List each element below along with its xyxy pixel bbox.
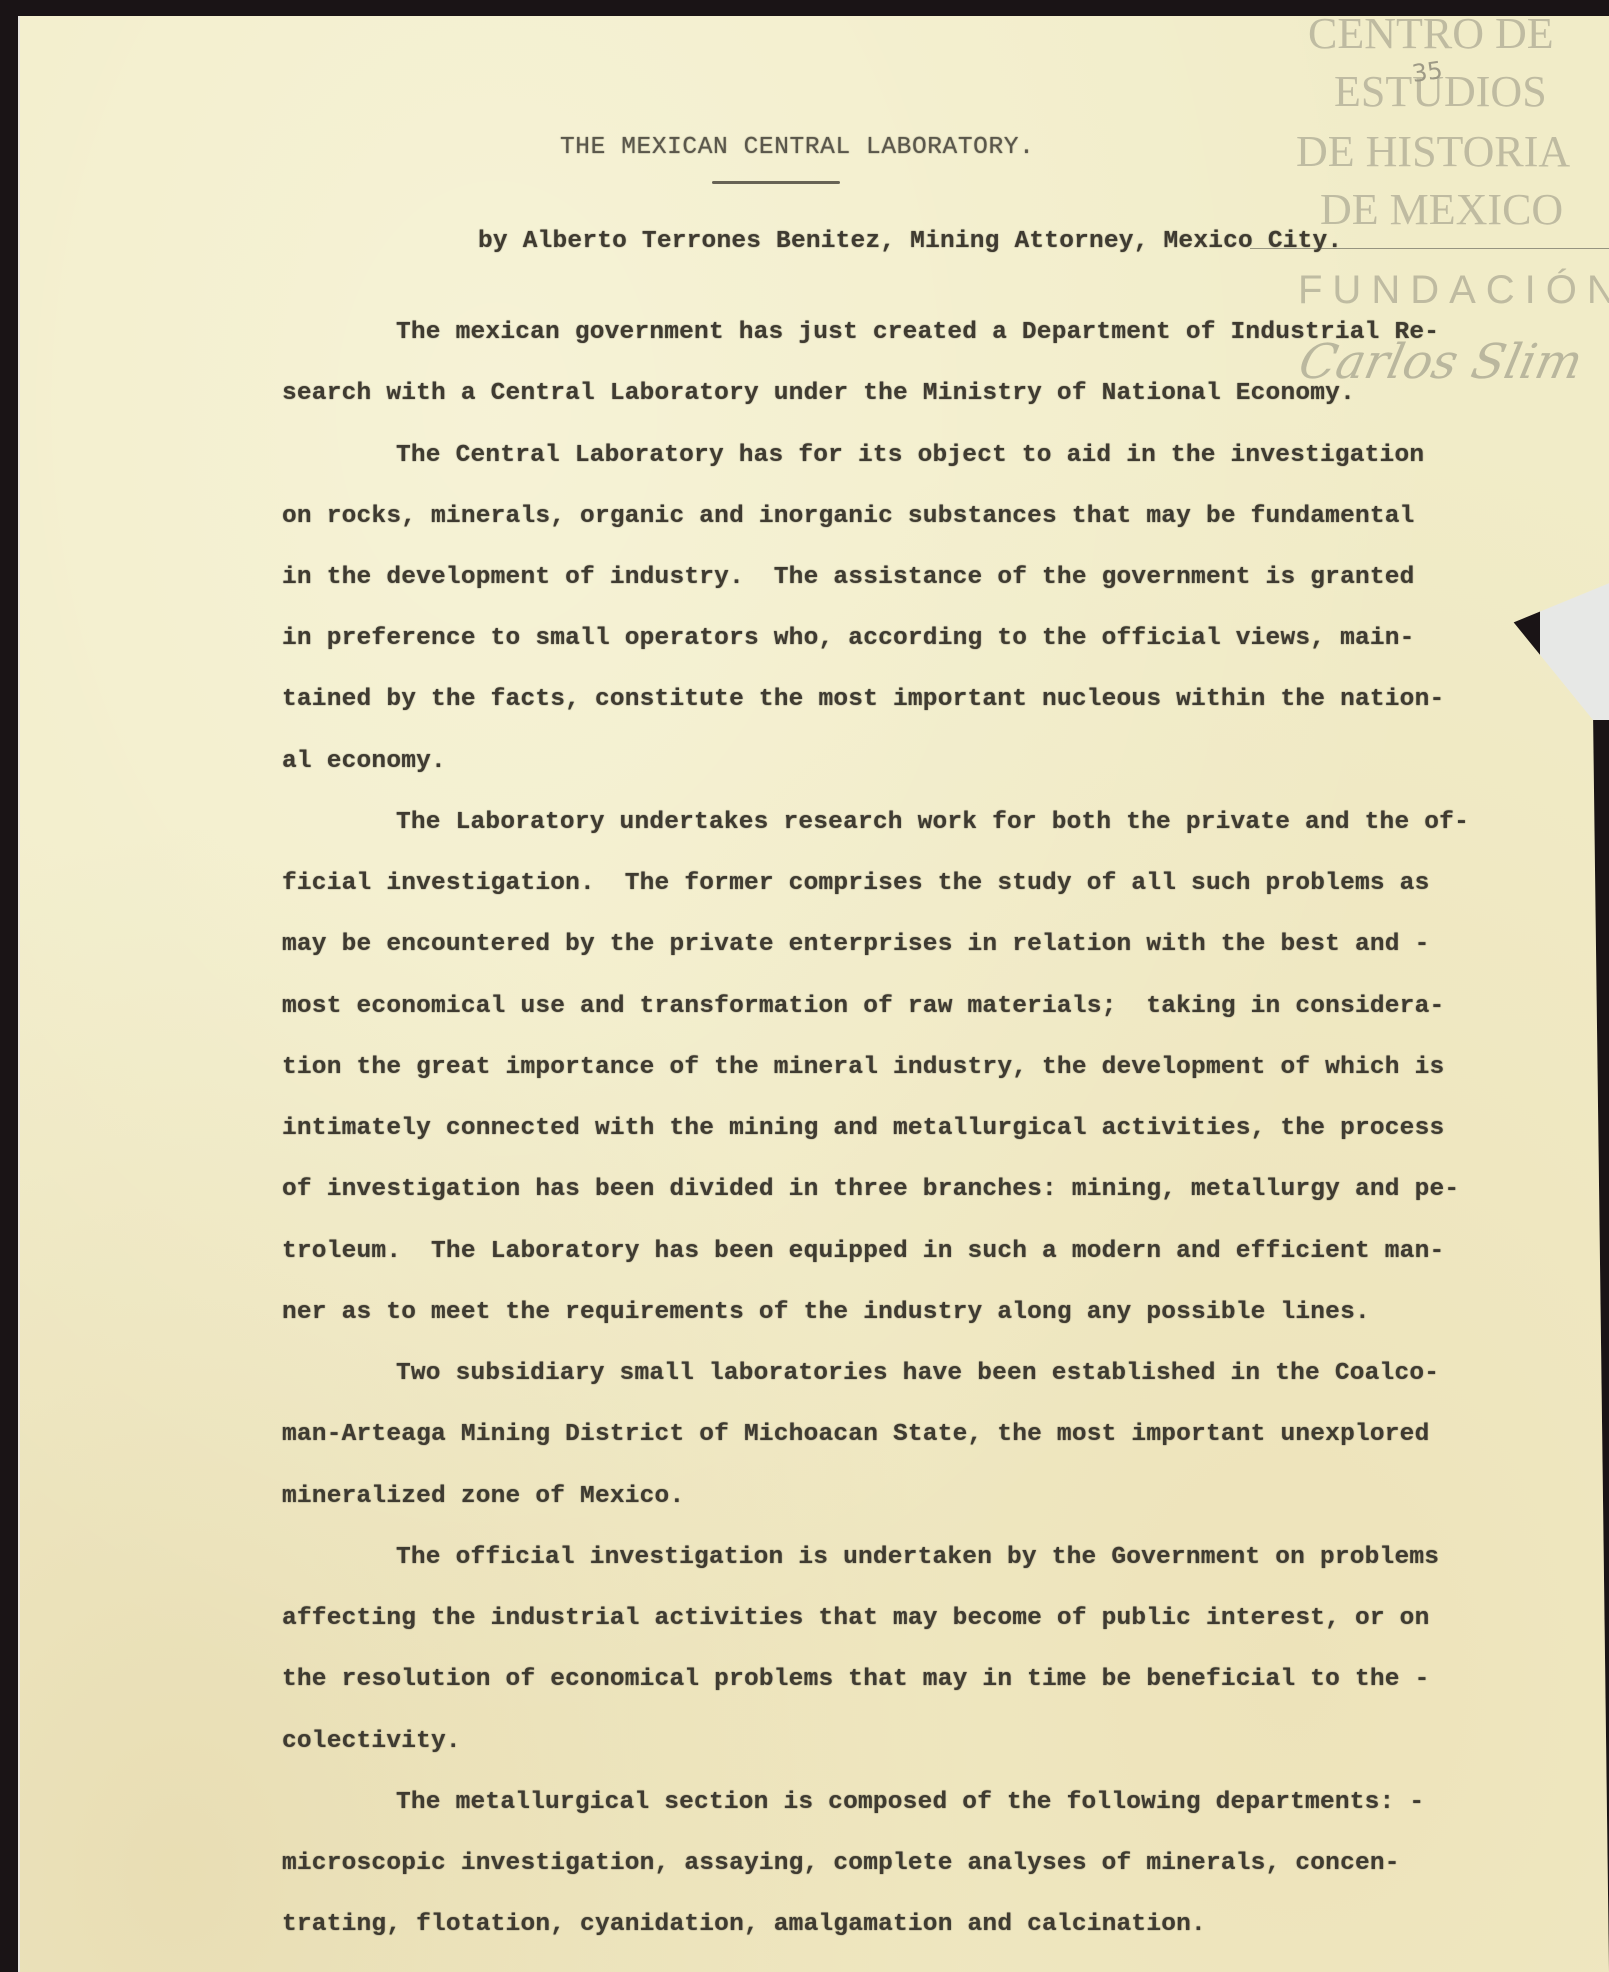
text-line: tained by the facts, constitute the most… — [282, 686, 1444, 713]
watermark-line: FUNDACIÓN — [1298, 270, 1609, 310]
text-line: intimately connected with the mining and… — [282, 1115, 1444, 1142]
watermark-line: DE MEXICO — [1320, 188, 1563, 232]
text-line: of investigation has been divided in thr… — [282, 1176, 1459, 1203]
watermark-line: ESTUDIOS — [1334, 70, 1547, 114]
watermark-signature: Carlos Slim — [1295, 338, 1587, 386]
text-line: colectivity. — [282, 1728, 461, 1755]
watermark-line: DE HISTORIA — [1296, 130, 1570, 174]
text-line: The Central Laboratory has for its objec… — [396, 442, 1424, 469]
title-underline — [712, 181, 840, 184]
text-line: The metallurgical section is composed of… — [396, 1789, 1424, 1816]
text-line: The Laboratory undertakes research work … — [396, 809, 1469, 836]
text-line: The official investigation is undertaken… — [396, 1544, 1439, 1571]
text-line: ner as to meet the requirements of the i… — [282, 1299, 1370, 1326]
text-line: affecting the industrial activities that… — [282, 1605, 1429, 1632]
text-line: on rocks, minerals, organic and inorgani… — [282, 503, 1415, 530]
byline: by Alberto Terrones Benitez, Mining Atto… — [478, 228, 1342, 255]
text-line: in preference to small operators who, ac… — [282, 625, 1415, 652]
text-line: microscopic investigation, assaying, com… — [282, 1850, 1400, 1877]
text-line: Two subsidiary small laboratories have b… — [396, 1360, 1439, 1387]
text-line: mineralized zone of Mexico. — [282, 1483, 684, 1510]
text-line: al economy. — [282, 748, 446, 775]
text-line: in the development of industry. The assi… — [282, 564, 1415, 591]
document-title: THE MEXICAN CENTRAL LABORATORY. — [560, 134, 1034, 161]
text-line: man-Arteaga Mining District of Michoacan… — [282, 1421, 1429, 1448]
text-line: the resolution of economical problems th… — [282, 1666, 1429, 1693]
text-line: may be encountered by the private enterp… — [282, 931, 1429, 958]
text-line: trating, flotation, cyanidation, amalgam… — [282, 1911, 1206, 1938]
text-line: The mexican government has just created … — [396, 319, 1439, 346]
text-line: troleum. The Laboratory has been equippe… — [282, 1238, 1444, 1265]
text-line: most economical use and transformation o… — [282, 993, 1444, 1020]
text-line: search with a Central Laboratory under t… — [282, 380, 1355, 407]
text-line: ficial investigation. The former compris… — [282, 870, 1429, 897]
scan-line — [1250, 248, 1609, 249]
text-line: tion the great importance of the mineral… — [282, 1054, 1444, 1081]
watermark-line: CENTRO DE — [1308, 12, 1554, 56]
